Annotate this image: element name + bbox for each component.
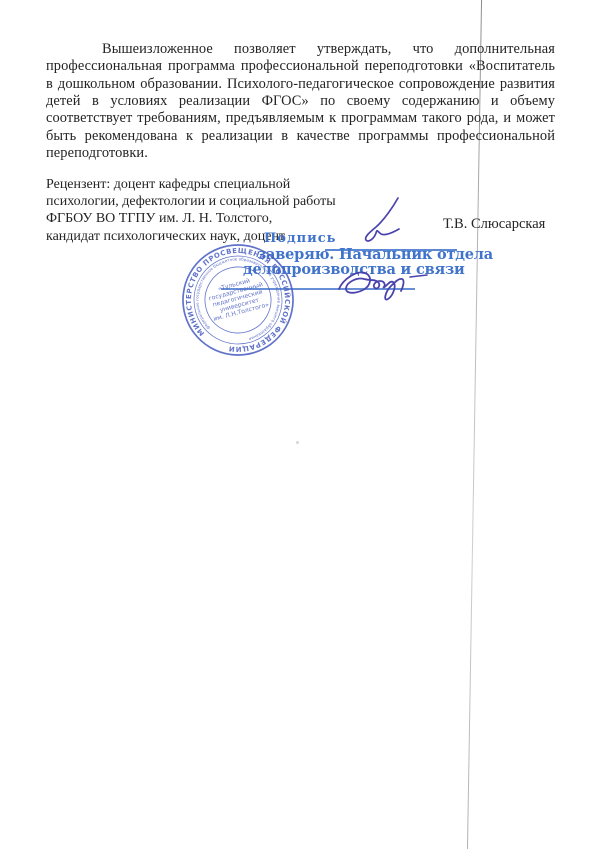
- certification-signature: [333, 264, 435, 308]
- reviewer-line: психологии, дефектологии и социальной ра…: [46, 193, 386, 210]
- reviewer-line: ФГБОУ ВО ТГПУ им. Л. Н. Толстого,: [46, 210, 386, 227]
- conclusion-paragraph: Вышеизложенное позволяет утверждать, что…: [46, 41, 555, 162]
- scanned-document-page: Вышеизложенное позволяет утверждать, что…: [0, 0, 600, 849]
- scan-speck: [296, 441, 299, 444]
- reviewer-name: Т.В. Слюсарская: [443, 216, 545, 233]
- reviewer-line: Рецензент: доцент кафедры специальной: [46, 176, 386, 193]
- reviewer-signature: [358, 194, 420, 242]
- round-stamp: МИНИСТЕРСТВО ПРОСВЕЩЕНИЯ РОССИЙСКОЙ ФЕДЕ…: [176, 238, 300, 362]
